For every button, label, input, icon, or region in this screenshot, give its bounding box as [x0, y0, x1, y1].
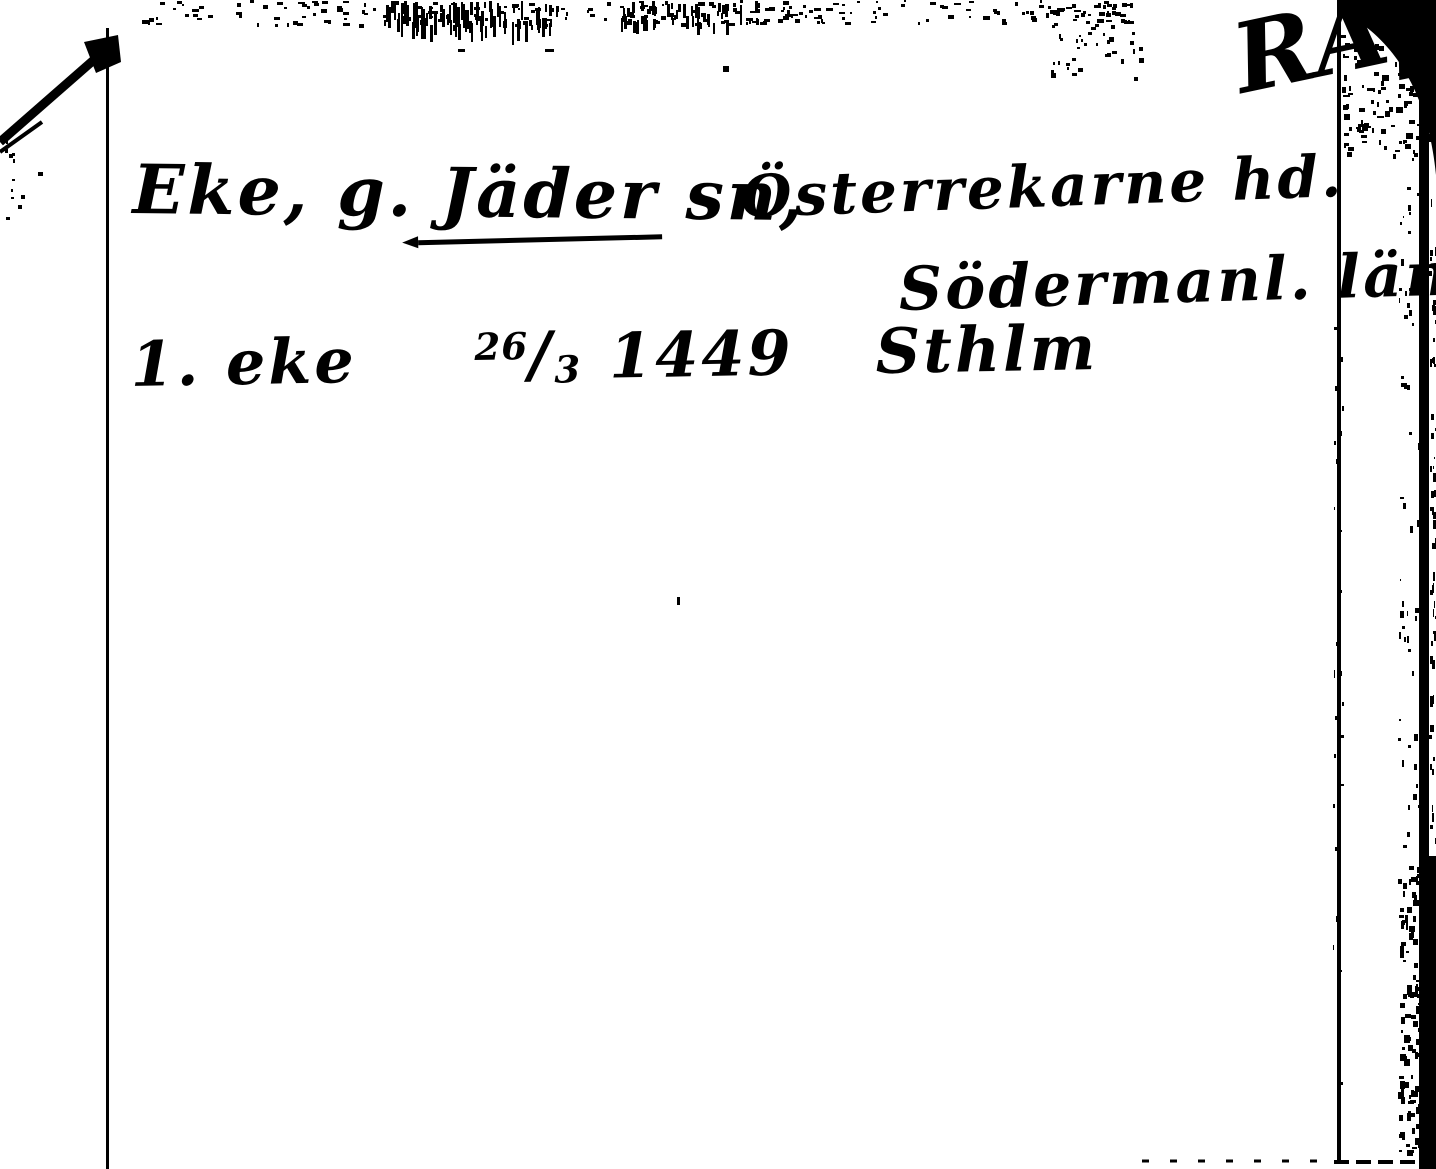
- entry-date-day: 26: [474, 324, 529, 369]
- entry-date-slash: /: [528, 318, 555, 391]
- heading-underlined-word: Jäder: [441, 153, 660, 235]
- fold-line: [0, 44, 112, 142]
- county-line: Södermanl. län: [898, 245, 1436, 320]
- entry-number: 1.: [130, 327, 202, 401]
- entry-year: 1449: [608, 316, 794, 392]
- underlined-word-wrap: Jäder: [441, 159, 660, 229]
- scanned-archive-card: { "colors": { "ink": "#000000", "paper":…: [0, 0, 1436, 1169]
- fold-blob: [84, 35, 121, 73]
- entry-date-month: 3: [554, 348, 584, 392]
- archivist-monogram: RAp: [1225, 0, 1436, 108]
- heading-prefix: Eke, g.: [132, 150, 441, 233]
- entry-term: eke: [201, 324, 358, 400]
- jader-underline-swash: [419, 234, 663, 245]
- entry-place: Sthlm: [875, 311, 1099, 388]
- card-heading: Eke, g. Jäder sn,: [132, 156, 806, 231]
- page-edge-band: [1419, 0, 1429, 1169]
- left-rule: [106, 28, 109, 1169]
- page-edge-band-bottom: [1421, 856, 1436, 1169]
- fold-line-thin: [0, 122, 42, 152]
- district-line: Österrekarne hd.: [740, 147, 1345, 226]
- entry-line: 1. eke26/31449Sthlm: [130, 317, 1099, 396]
